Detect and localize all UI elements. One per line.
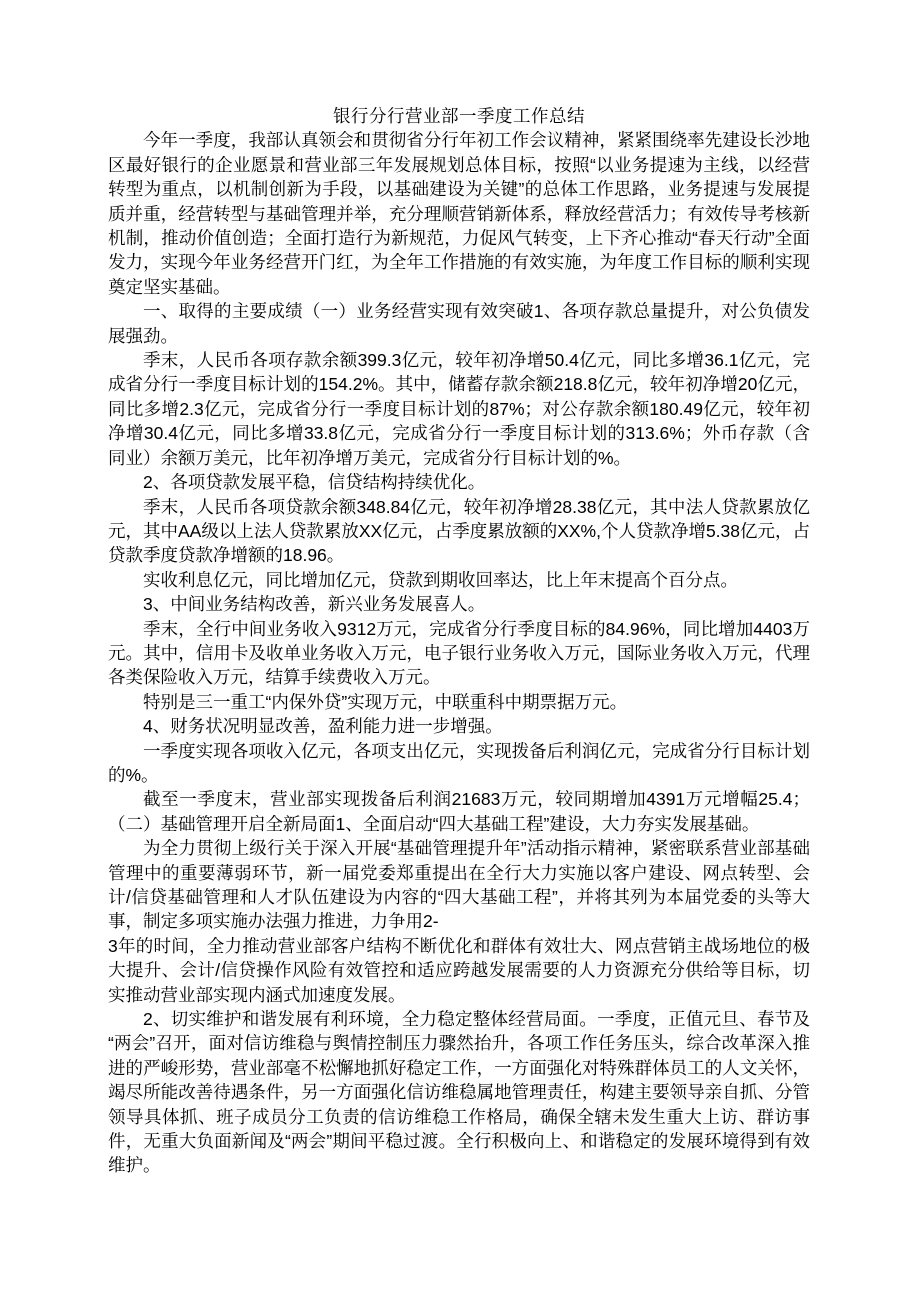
paragraph-10: 4、财务状况明显改善，盈利能力进一步增强。 [108,714,810,738]
paragraph-11: 一季度实现各项收入亿元，各项支出亿元，实现拨备后利润亿元，完成省分行目标计划的%… [108,739,810,788]
paragraph-3: 季末，人民币各项存款余额399.3亿元，较年初净增50.4亿元，同比多增36.1… [108,348,810,470]
paragraph-4: 2、各项贷款发展平稳，信贷结构持续优化。 [108,470,810,494]
paragraph-9: 特别是三一重工“内保外贷”实现万元，中联重科中期票据万元。 [108,690,810,714]
paragraph-13: 为全力贯彻上级行关于深入开展“基础管理提升年”活动指示精神，紧密联系营业部基础管… [108,836,810,934]
paragraph-8: 季末，全行中间业务收入9312万元，完成省分行季度目标的84.96%，同比增加4… [108,617,810,690]
document-body: 今年一季度，我部认真领会和贯彻省分行年初工作会议精神，紧紧围绕率先建设长沙地区最… [108,128,810,1177]
paragraph-6: 实收利息亿元，同比增加亿元，贷款到期收回率达，比上年末提高个百分点。 [108,568,810,592]
paragraph-14: 3年的时间，全力推动营业部客户结构不断优化和群体有效壮大、网点营销主战场地位的极… [108,934,810,1007]
paragraph-15: 2、切实维护和谐发展有利环境，全力稳定整体经营局面。一季度，正值元旦、春节及“两… [108,1007,810,1178]
paragraph-12: 截至一季度末，营业部实现拨备后利润21683万元，较同期增加4391万元增幅25… [108,787,810,836]
document-title: 银行分行营业部一季度工作总结 [108,104,810,128]
paragraph-7: 3、中间业务结构改善，新兴业务发展喜人。 [108,592,810,616]
document-page: 银行分行营业部一季度工作总结 今年一季度，我部认真领会和贯彻省分行年初工作会议精… [0,0,920,1303]
paragraph-2: 一、取得的主要成绩（一）业务经营实现有效突破1、各项存款总量提升，对公负债发展强… [108,299,810,348]
paragraph-1: 今年一季度，我部认真领会和贯彻省分行年初工作会议精神，紧紧围绕率先建设长沙地区最… [108,128,810,299]
paragraph-5: 季末，人民币各项贷款余额348.84亿元，较年初净增28.38亿元，其中法人贷款… [108,495,810,568]
